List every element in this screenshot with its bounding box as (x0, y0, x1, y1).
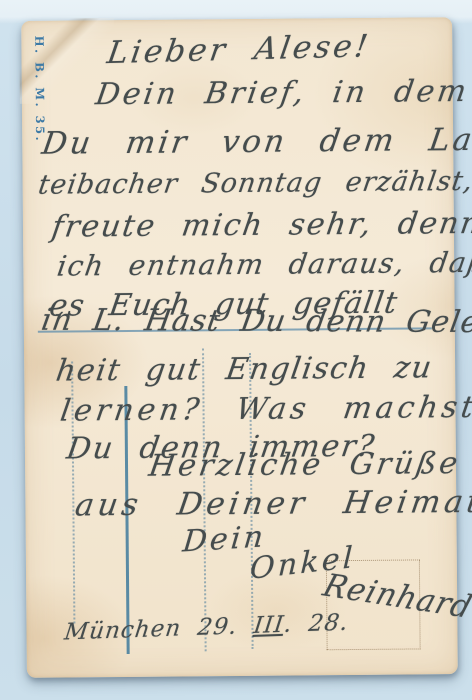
message-line-10: lernen? Was machst (58, 393, 472, 427)
dateline: München 29. III. 28. (63, 612, 350, 645)
dateline-city-day: München 29. (63, 614, 239, 646)
message-line-13: aus Deiner Heimat (73, 487, 472, 522)
dateline-year: . 28. (282, 610, 350, 638)
message-line-2: Dein Brief, in dem (94, 77, 471, 110)
message-line-8: in L. Hast Du denn Gelegen- (39, 306, 472, 339)
postcard: H. B. M. 35. Lieber Alese! Dein Brief, i… (21, 17, 458, 678)
message-line-3: Du mir von dem La (40, 125, 472, 160)
scan-background: H. B. M. 35. Lieber Alese! Dein Brief, i… (0, 0, 472, 700)
message-line-4: teibacher Sonntag erzählst, (37, 168, 472, 199)
message-line-12: Herzliche Grüße (147, 449, 463, 482)
message-line-9: heit gut Englisch zu (54, 353, 435, 386)
dateline-month: III (252, 612, 286, 639)
message-line-1: Lieber Alese! (105, 31, 372, 69)
message-line-5: freute mich sehr, denn (50, 209, 472, 243)
message-line-6: ich entnahm daraus, daß (55, 249, 472, 281)
